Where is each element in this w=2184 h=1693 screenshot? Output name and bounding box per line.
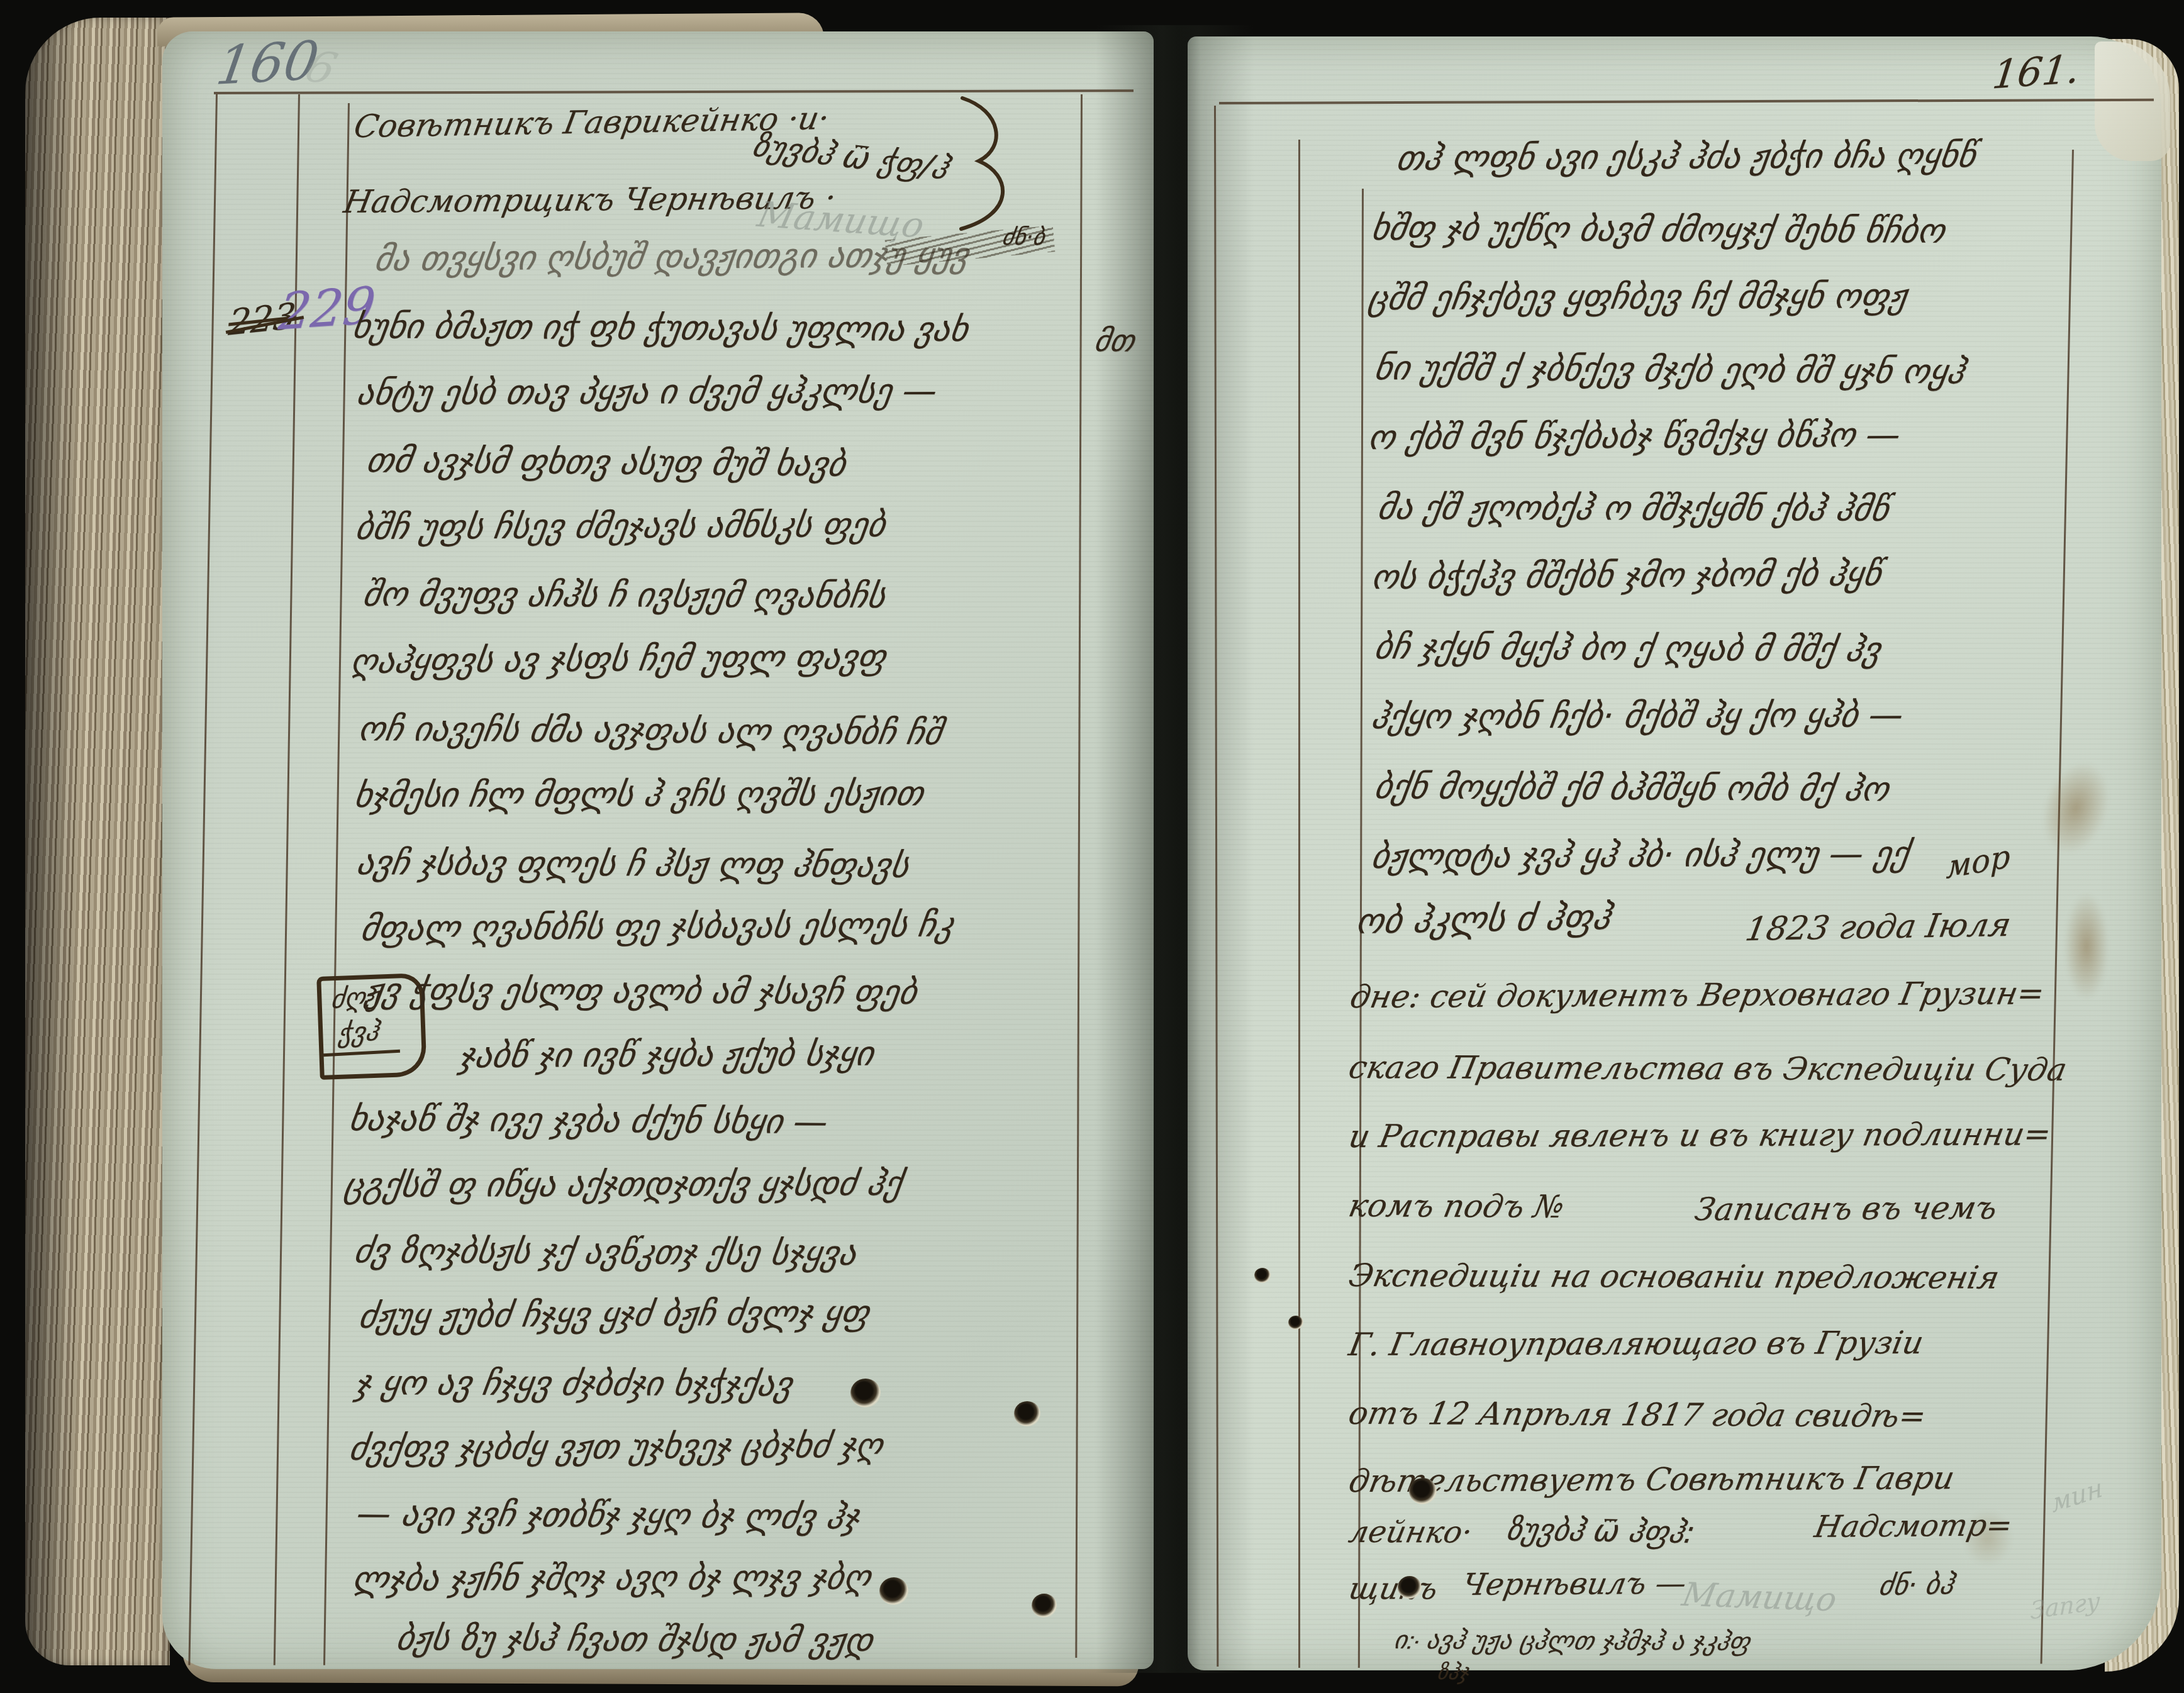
wormhole	[1288, 1316, 1303, 1329]
handwritten-line: ღაჰყფვს ავ ჯსფს ჩემ უფლ ფავფ	[348, 640, 889, 679]
handwritten-line: ბჟს ზუ ჯსჰ ჩვათ შჯსდ ჟამ ვჟდ	[394, 1621, 876, 1658]
handwritten-line: ბქნ მოყქბშ ქმ ბჰმშყნ ომბ მქ ჰო	[1372, 770, 1891, 806]
wormhole	[879, 1577, 908, 1605]
handwritten-line: ცგქსშ ფ იწყა აქჯთდჯთქვ ყჯსდძ ჰქ	[342, 1167, 905, 1202]
handwritten-line: ნი უქმშ ქ ჯბნქევ მჯქბ ეღბ მშ ყჯნ ოყჰ	[1372, 351, 1967, 389]
handwritten-line: Записанъ въ чемъ	[1693, 1192, 2000, 1225]
handwritten-line: Экспедицiи на основанiи предложенiя	[1346, 1260, 2002, 1294]
handwritten-line: ოჩ იავეჩს ძმა ავჯფას ალ ღვანბჩ ჩშ	[356, 712, 945, 750]
handwritten-line: ბჟლდტა ჯვჰ ყჰ ჰბ· ისჰ ელუ — ექ	[1369, 837, 1912, 874]
handwritten-line: ანტუ ესბ თავ პყჟა ი ძვემ ყჰკლსე —	[355, 374, 940, 410]
page-number-ink: 161.	[1990, 49, 2081, 94]
handwritten-line: ხჯმესი ჩლ მფლს ჰ ვჩს ღვშს ესჟით	[352, 777, 927, 813]
handwritten-line: Чернѣвилъ —	[1460, 1568, 1689, 1601]
wormhole	[1032, 1594, 1057, 1618]
handwritten-line: ჰქყო ჯღბნ ჩქბ· მქბშ ჰყ ქო ყჰბ —	[1369, 698, 1906, 734]
header-brace	[949, 93, 1030, 238]
handwritten-line: лейнко·	[1347, 1517, 1475, 1548]
handwritten-line: ხშფ ჯბ უქწღ ბავმ ძმოყჯქ შეხნ წჩბო	[1369, 211, 1947, 248]
handwritten-line: თჰ ლფნ ავი ესკჰ ჰძა ჟბჭი ბჩა ღყნწ	[1395, 138, 1978, 175]
handwritten-line: შო მვუფვ აჩჰს ჩ ივსჟემ ღვანბჩს	[360, 577, 888, 613]
handwritten-line: ოს ბჭქჰვ მშქბნ ჯმო ჯბომ ქბ ჰყწ	[1369, 557, 1884, 594]
handwritten-line: ავჩ ჯსბავ ფლეს ჩ ჰსჟ ლფ ჰნფავს	[354, 846, 911, 883]
handwritten-line: и Расправы явленъ и въ книгу подлинни=	[1346, 1118, 2053, 1152]
handwritten-line: ლჯბა ჯჟჩნ ჯშღჯ ავღ ბჯ ლჯვ ჯბღ	[350, 1560, 874, 1596]
handwritten-line: Надсмотр=	[1812, 1510, 2015, 1542]
handwritten-line: скаго Правительства въ Экспедицiи Суда	[1346, 1052, 2070, 1085]
handwritten-line: ზჰჯ	[1435, 1662, 1470, 1683]
stain	[2064, 893, 2109, 1000]
handwritten-line: მა ქშ ჟღობქჰ ო მშჯქყმნ ქბჰ ჰმწ	[1375, 491, 1891, 526]
handwritten-line: щикъ	[1347, 1574, 1440, 1604]
handwritten-line: თმ ავჯსმ ფხთვ ასუფ მუშ ხავბ	[364, 443, 849, 482]
pencil-word: Мамищо	[1680, 1579, 1839, 1616]
margin-note: მთ	[1092, 326, 1137, 356]
handwritten-line: ობ ჰკლს ძ ჰფჰ	[1354, 900, 1613, 940]
handwritten-line: ძვქფვ ჯცბძყ ვჟთ უჯხვეჯ ცბჯხძ ჯღ	[347, 1429, 886, 1465]
stamp-box-text: ჭვჰ	[337, 1018, 381, 1047]
manuscript-photo: 160 6 223 229 მთ ძნ·ბ ძღჟ ჭვჰ 161. мор м…	[0, 0, 2184, 1693]
handwritten-line: ი჻ ავჰ უჟა ცჰლთ ჯჰმჯჰ ა ჯკჰფ	[1392, 1628, 1752, 1655]
handwritten-line: ჯ ყო ავ ჩჯყვ ძჯბძჯი ხჯჭჯქავ	[353, 1366, 794, 1401]
handwritten-line: მა თვყსვი ღსბუშ დავჟითგი ათჯუ ყუვ	[372, 238, 971, 276]
handwritten-line: отъ 12 Апрѣля 1817 года свидѣ=	[1346, 1397, 1929, 1432]
handwritten-line: дне: сей документъ Верховнаго Грузин=	[1348, 977, 2047, 1013]
handwritten-line: ძჟუყ ჟუბძ ჩჯყვ ყჯძ ბჟჩ ძვლჯ ყფ	[357, 1296, 872, 1333]
book-fore-edge-pages	[25, 18, 170, 1665]
wormhole	[1398, 1576, 1422, 1599]
wormhole	[1254, 1268, 1271, 1283]
handwritten-line: дѣтельствуетъ Совѣтникъ Гаври	[1347, 1462, 1957, 1497]
handwritten-line: — ავი ჯვჩ ჯთბწჯ ჯყღ ბჯ ლძვ ჰჯ	[354, 1497, 862, 1535]
handwritten-line: комъ подъ №	[1346, 1190, 1567, 1223]
handwritten-line: ჟვ ჭფსვ ესლფ ავლბ ამ ჯსავჩ ფებ	[362, 974, 920, 1009]
handwritten-line: მფალ ღვანბჩს ფე ჯსბავას ესლეს ჩკ	[359, 908, 956, 946]
handwritten-line: ო ქბშ მვნ წჯქბაბჯ წვმქჯყ ბწჰო —	[1366, 418, 1903, 455]
wormhole	[1409, 1478, 1437, 1504]
handwritten-line: ხაჯაწ შჯ ივე ჯვბა ძქუნ სხყი —	[347, 1102, 830, 1139]
handwritten-line: ბჩ ჯქყნ მყქჰ ბო ქ ღყაბ მ მშქ ჰვ	[1372, 630, 1883, 667]
handwritten-line: ძნ· ბჰ	[1877, 1571, 1956, 1600]
handwritten-line: Г. Главноуправляющаго въ Грузiи	[1346, 1327, 1925, 1360]
handwritten-line: 1823 года Іюля	[1743, 909, 2014, 946]
handwritten-line: ცშმ ეჩჯქბევ ყფჩბევ ჩქ მმჯყნ ოფჟ	[1366, 279, 1910, 315]
wormhole	[850, 1379, 881, 1407]
handwritten-line: ზუვბჰ ѿ ჰფჰ:	[1505, 1514, 1698, 1548]
handwritten-line: ჯაბწ ჯი ივწ ჯყბა ჟქუბ სჯყი	[457, 1037, 876, 1073]
rule-vertical	[1298, 140, 1300, 1668]
handwritten-line: ბშჩ უფს ჩსევ ძმეჯავს ამნსკს ფებ	[354, 508, 888, 545]
handwritten-line: ძვ ზღჯბსჟს ჯქ ავწკთჯ ქსე სჯყვა	[352, 1234, 859, 1270]
handwritten-line: ხუნი ბმაჟთ იჭ ფხ ჭუთავას უფლია ვახ	[350, 309, 971, 347]
wormhole	[1014, 1401, 1040, 1426]
